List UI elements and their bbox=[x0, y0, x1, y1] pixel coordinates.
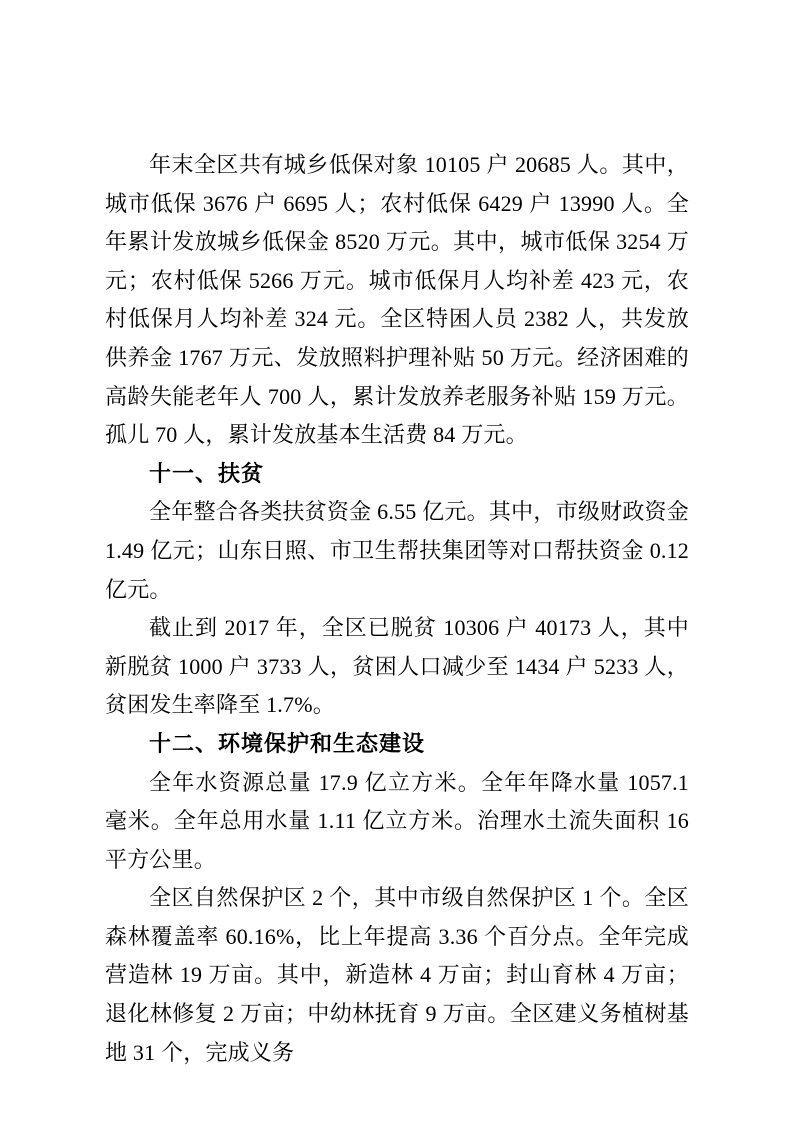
paragraph-nature-reserves-forestry: 全区自然保护区 2 个，其中市级自然保护区 1 个。全区森林覆盖率 60.16%… bbox=[105, 879, 689, 1072]
paragraph-poverty-reduction-progress: 截止到 2017 年，全区已脱贫 10306 户 40173 人，其中新脱贫 1… bbox=[105, 609, 689, 725]
heading-section-12-environment-ecology: 十二、环境保护和生态建设 bbox=[105, 725, 689, 764]
paragraph-water-resources: 全年水资源总量 17.9 亿立方米。全年年降水量 1057.1 毫米。全年总用水… bbox=[105, 764, 689, 880]
paragraph-poverty-funds: 全年整合各类扶贫资金 6.55 亿元。其中，市级财政资金 1.49 亿元；山东日… bbox=[105, 493, 689, 609]
document-page: 年末全区共有城乡低保对象 10105 户 20685 人。其中，城市低保 367… bbox=[0, 0, 793, 1122]
paragraph-social-assistance-stats: 年末全区共有城乡低保对象 10105 户 20685 人。其中，城市低保 367… bbox=[105, 146, 689, 455]
heading-section-11-poverty-alleviation: 十一、扶贫 bbox=[105, 455, 689, 494]
